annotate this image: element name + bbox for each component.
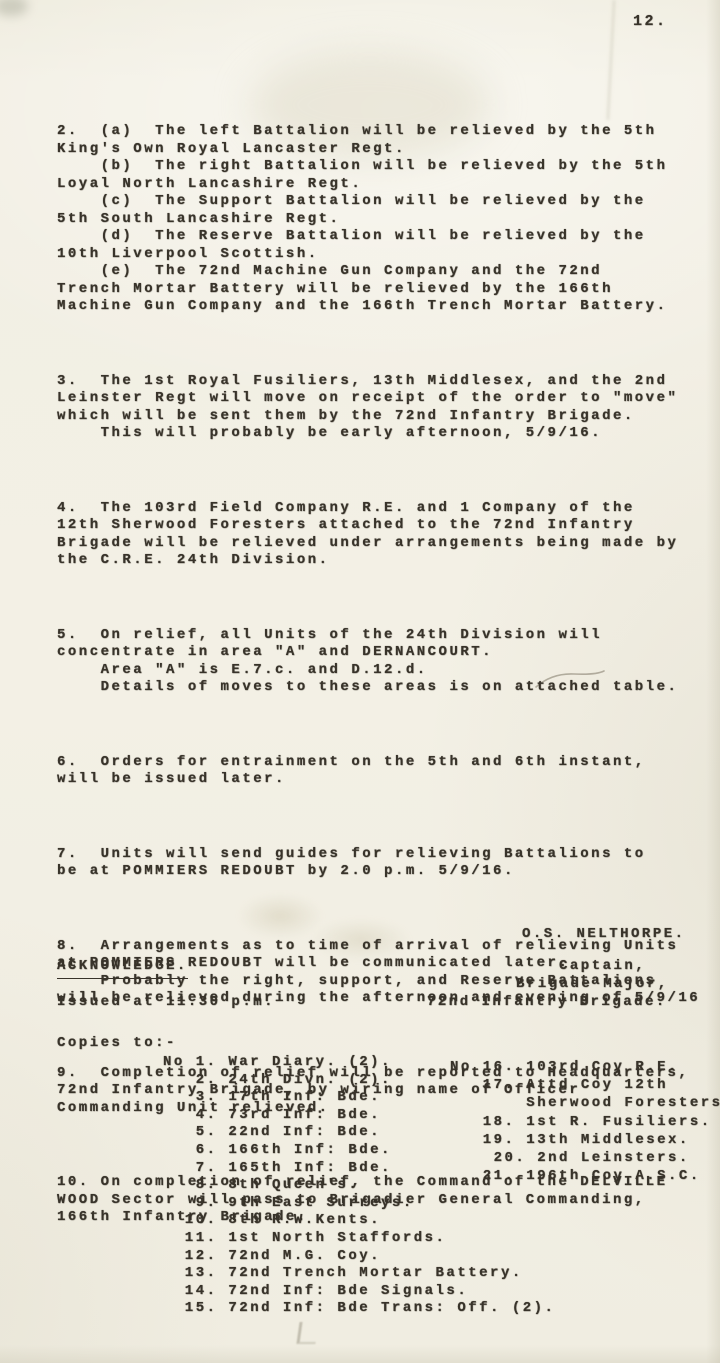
signature-unit: 72nd Infantry Brigade. xyxy=(427,994,667,1012)
signature-role: Brigade Major, xyxy=(516,976,669,994)
paragraph-2: 2. (a) The left Battalion will be reliev… xyxy=(57,123,700,316)
page-number: 12. xyxy=(633,13,668,31)
document-page: 12. 2. (a) The left Battalion will be re… xyxy=(0,0,720,1363)
paragraph-5: 5. On relief, all Units of the 24th Divi… xyxy=(57,627,700,697)
pencil-mark xyxy=(296,1322,318,1344)
paragraph-6: 6. Orders for entrainment on the 5th and… xyxy=(57,754,700,789)
signature-rank: Captain, xyxy=(559,958,646,976)
corner-smudge xyxy=(0,0,28,16)
copies-heading: Copies to:- xyxy=(57,1035,177,1053)
issued-time: Issued at 11.30 p.m. xyxy=(57,994,275,1012)
acknowledge-label: ACKNOWLEDGE. xyxy=(57,958,188,979)
copies-list-right: No 16. 103rd Coy R.E. 17. Attd Coy 12th … xyxy=(450,1058,720,1185)
signature-name: O.S. NELTHORPE. xyxy=(522,926,686,944)
paragraph-3: 3. The 1st Royal Fusiliers, 13th Middles… xyxy=(57,373,700,443)
paragraph-4: 4. The 103rd Field Company R.E. and 1 Co… xyxy=(57,500,700,570)
scan-edge-shade xyxy=(0,1345,720,1363)
paragraph-7: 7. Units will send guides for relieving … xyxy=(57,846,700,881)
